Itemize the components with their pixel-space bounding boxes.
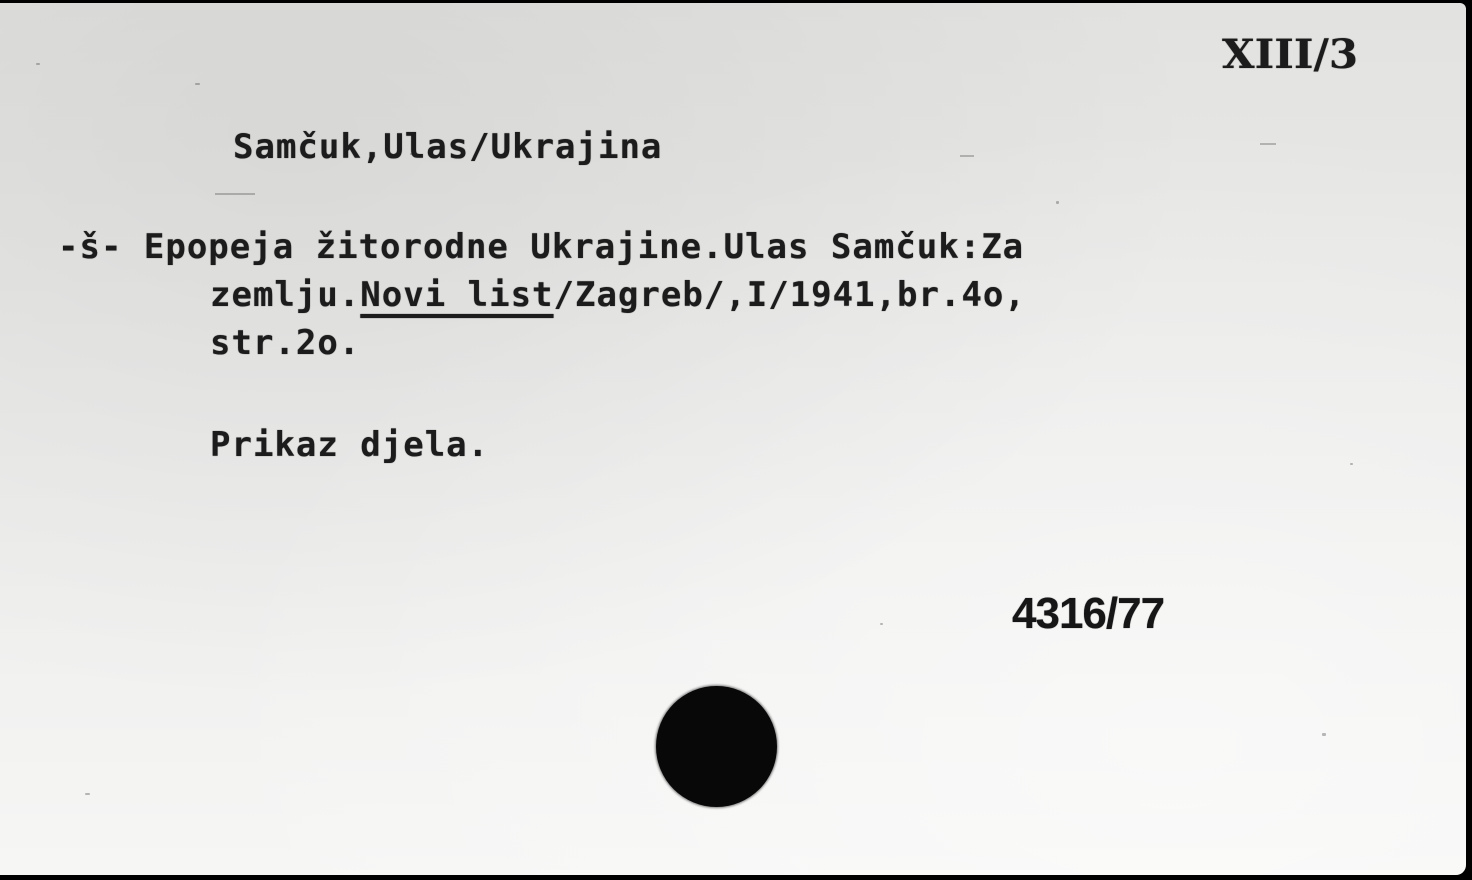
- entry-note: Prikaz djela.: [210, 425, 489, 465]
- paper-speck: [1322, 733, 1326, 736]
- call-number: XIII/3: [1222, 31, 1358, 78]
- entry-line-2: zemlju.Novi list/Zagreb/,I/1941,br.4o,: [210, 275, 1026, 315]
- entry-line-2-suffix: /Zagreb/,I/1941,br.4o,: [554, 275, 1026, 315]
- paper-speck: [36, 63, 40, 65]
- paper-speck: [195, 83, 200, 85]
- paper-speck: [1350, 463, 1353, 465]
- entry-line-3: str.2o.: [210, 323, 360, 363]
- entry-marker: -š-: [58, 227, 122, 267]
- accession-number: 4316/77: [1012, 589, 1164, 639]
- entry-title-text: Epopeja žitorodne Ukrajine.Ulas Samčuk:Z…: [122, 227, 1024, 267]
- entry-line-1: -š- Epopeja žitorodne Ukrajine.Ulas Samč…: [58, 227, 1024, 267]
- author-subject-heading: Samčuk,Ulas/Ukrajina: [233, 127, 662, 167]
- faint-mark: [960, 155, 974, 157]
- entry-line-2-prefix: zemlju.: [210, 275, 360, 315]
- paper-speck: [85, 793, 90, 795]
- faint-mark: [1260, 143, 1276, 145]
- paper-speck: [880, 623, 883, 625]
- catalog-card: XIII/3 Samčuk,Ulas/Ukrajina -š- Epopeja …: [0, 3, 1466, 875]
- paper-speck: [1056, 201, 1059, 204]
- publication-title: Novi list: [360, 275, 553, 315]
- faint-mark: [215, 193, 255, 195]
- punch-hole-icon: [656, 686, 777, 807]
